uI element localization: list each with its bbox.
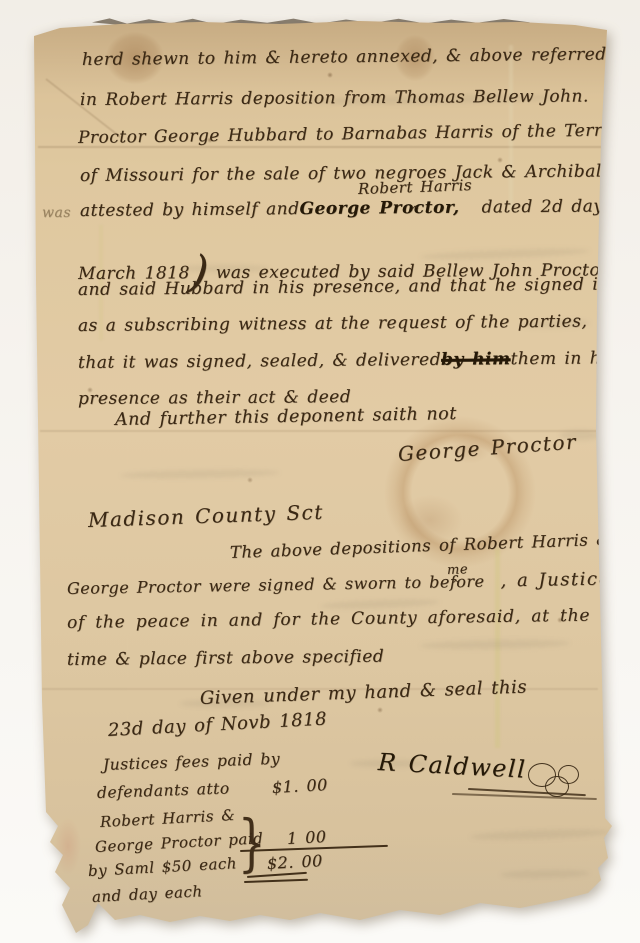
caret-mark: ^ [411,206,420,216]
line-text: George Proctor were signed & sworn to be… [67,574,485,597]
county-heading: Madison County Sct [88,502,324,530]
manuscript-line: and said Hubbard in his presence, and th… [78,276,606,299]
margin-note-was: was [42,206,71,220]
paper-shadow-wrap: herd shewn to him & hereto annexed, & ab… [0,0,640,943]
fee-tally-line: Robert Harris & [100,808,236,830]
line-text: that it was signed, sealed, & delivered [78,352,441,372]
line-text: attested by himself and [80,201,300,220]
caret-mark: ^ [452,581,460,590]
manuscript-line: attested by himself and George Proctor,d… [80,198,629,220]
fee-amount: $1. 00 [272,777,329,796]
line-text: , a Justice [500,571,610,591]
signature-r-caldwell: R Caldwell [377,750,527,782]
manuscript-line: Given under my hand & seal this [200,679,528,708]
seal-flourish-circle [558,765,579,784]
manuscript-line: George Proctor were signed & sworn to be… [67,571,611,598]
interlinear-insertion: Robert Harris [358,178,473,197]
fee-line: Justices fees paid by [103,752,281,774]
fee-tally-line: by Saml $50 each [88,856,238,879]
fee-line: defendants atto [97,781,230,801]
signature-george-proctor: George Proctor [397,432,577,464]
manuscript-line: of Missouri for the sale of two negroes … [80,163,613,185]
manuscript-line: The above depositions of Robert Harris & [230,532,612,562]
date-line: 23d day of Novb 1818 [108,711,328,740]
handwriting-layer: herd shewn to him & hereto annexed, & ab… [0,0,640,943]
manuscript-line: And further this deponent saith not [115,406,457,429]
manuscript-line: that it was signed, sealed, & delivered … [78,350,616,372]
manuscript-line: time & place first above specified [67,649,384,669]
manuscript-line: presence as their act & deed [78,389,351,408]
manuscript-line: Proctor George Hubbard to Barnabas Harri… [78,122,640,147]
fee-amount: $2. 00 [267,853,324,872]
fee-amount: 1 00 [287,829,327,847]
manuscript-line: of the peace in and for the County afore… [67,608,591,632]
fee-tally-line: and day each [92,884,203,905]
manuscript-paper: herd shewn to him & hereto annexed, & ab… [0,0,640,943]
manuscript-line: in Robert Harris deposition from Thomas … [80,88,589,109]
ink-underline [244,879,308,883]
line-text-emphasis: George Proctor, [299,200,459,218]
struck-out-text: by him [441,351,511,369]
manuscript-line: as a subscribing witness at the request … [78,314,587,335]
scanned-document-scene: herd shewn to him & hereto annexed, & ab… [0,0,640,943]
line-text: dated 2d day of [481,198,629,216]
interlinear-insertion: me [447,563,468,577]
line-text: them in his [510,350,616,368]
manuscript-line: herd shewn to him & hereto annexed, & ab… [82,46,633,69]
